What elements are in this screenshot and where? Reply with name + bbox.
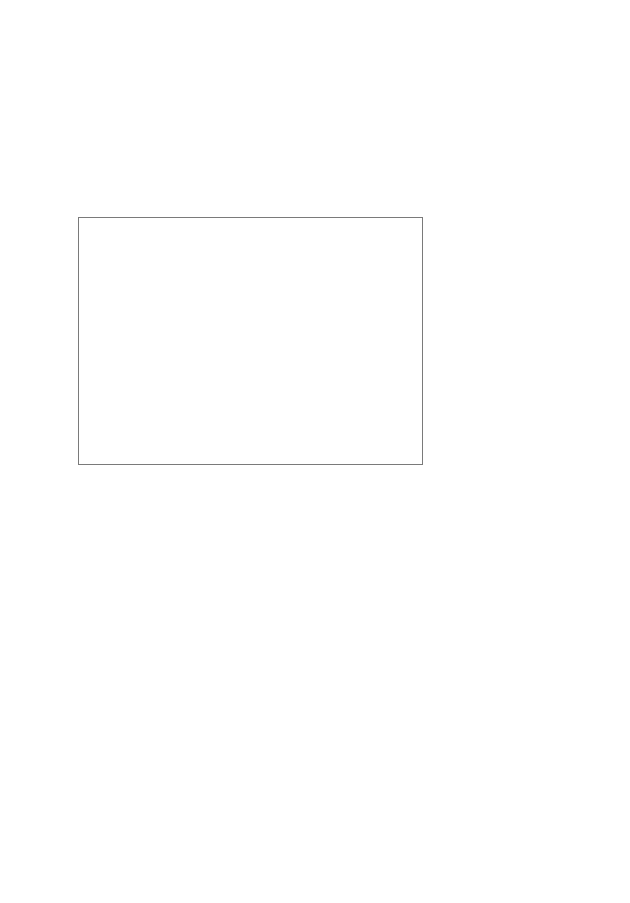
ellipsis-row-2 [86, 386, 415, 402]
example-61-box [78, 217, 423, 465]
document-page [0, 0, 630, 903]
ellipsis-row-1 [86, 366, 415, 382]
ellipsis-row-3 [86, 407, 415, 423]
